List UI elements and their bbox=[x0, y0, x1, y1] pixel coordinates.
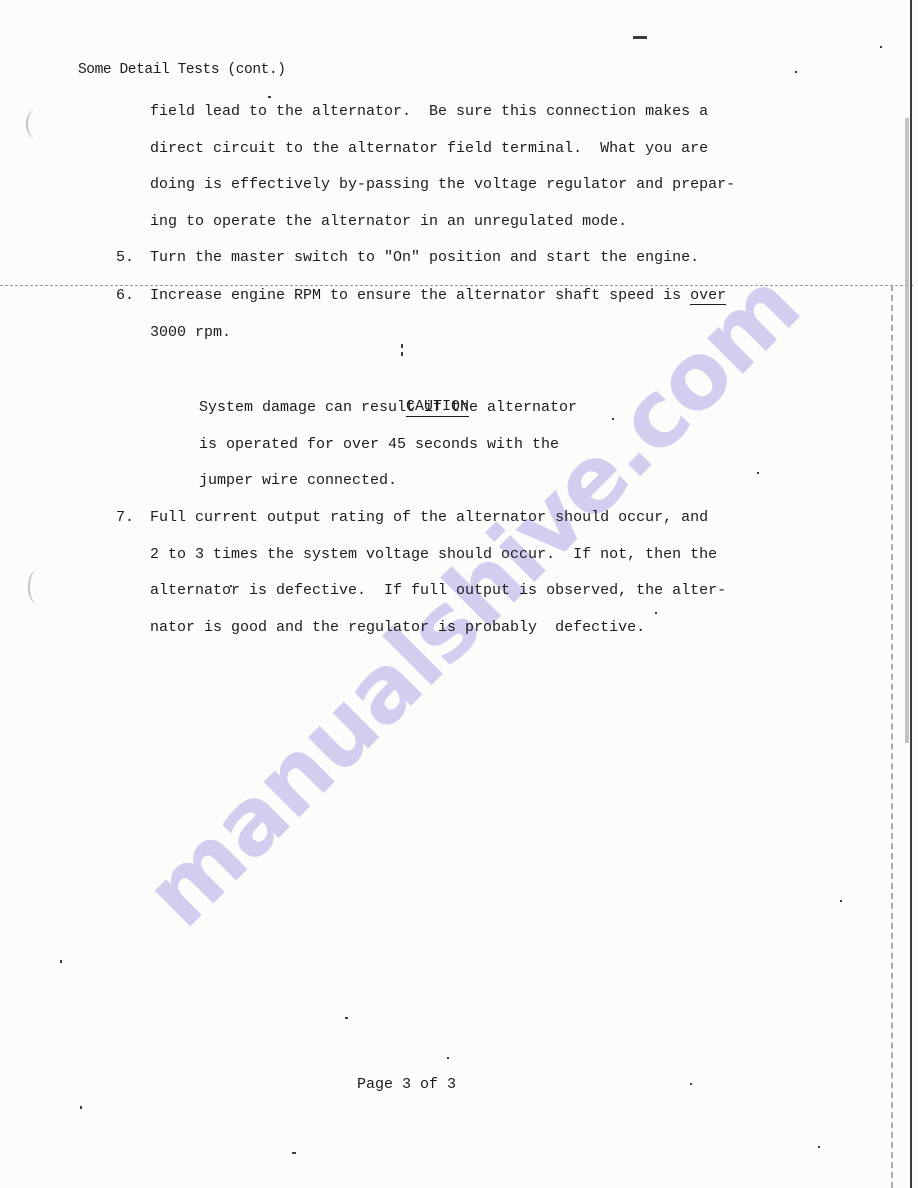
item-line: Increase engine RPM to ensure the altern… bbox=[150, 278, 726, 315]
intro-line: ing to operate the alternator in an unre… bbox=[150, 204, 735, 241]
item-line: nator is good and the regulator is proba… bbox=[150, 610, 726, 647]
scan-speck bbox=[60, 960, 62, 963]
scan-speck bbox=[818, 1146, 820, 1148]
item-number: 7. bbox=[116, 500, 134, 537]
list-item-7: 7. Full current output rating of the alt… bbox=[116, 500, 726, 646]
item-number: 5. bbox=[116, 240, 134, 277]
item-line: 2 to 3 times the system voltage should o… bbox=[150, 537, 726, 574]
scan-artifact-arc bbox=[26, 110, 44, 138]
caution-line: is operated for over 45 seconds with the bbox=[199, 427, 577, 464]
scan-edge-shadow bbox=[905, 118, 909, 743]
scan-edge-line bbox=[910, 0, 912, 1188]
intro-paragraph: field lead to the alternator. Be sure th… bbox=[150, 94, 735, 240]
item-number: 6. bbox=[116, 278, 134, 315]
scan-speck bbox=[633, 36, 647, 39]
intro-line: field lead to the alternator. Be sure th… bbox=[150, 94, 735, 131]
scan-speck bbox=[612, 418, 614, 420]
intro-line: direct circuit to the alternator field t… bbox=[150, 131, 735, 168]
scan-speck bbox=[880, 46, 882, 48]
page-number: Page 3 of 3 bbox=[357, 1067, 456, 1104]
intro-line: doing is effectively by-passing the volt… bbox=[150, 167, 735, 204]
scanned-document-page: manualshive.com Some Detail Tests (cont.… bbox=[0, 0, 918, 1188]
scan-edge-dashed-line bbox=[891, 285, 893, 1188]
scan-speck bbox=[690, 1083, 692, 1085]
scan-artifact-arc bbox=[28, 570, 46, 604]
scan-speck bbox=[447, 1057, 449, 1059]
scan-speck bbox=[757, 472, 759, 474]
page-header: Some Detail Tests (cont.) bbox=[78, 62, 286, 78]
caution-paragraph: System damage can result if the alternat… bbox=[199, 390, 577, 500]
caution-line: jumper wire connected. bbox=[199, 463, 577, 500]
scan-speck bbox=[840, 900, 842, 902]
scan-speck bbox=[345, 1017, 348, 1019]
scan-speck bbox=[292, 1152, 296, 1154]
item-line: alternator is defective. If full output … bbox=[150, 573, 726, 610]
underlined-word: over bbox=[690, 287, 726, 305]
list-item-5: 5. Turn the master switch to "On" positi… bbox=[116, 240, 699, 277]
scan-speck bbox=[795, 71, 797, 73]
caution-line: System damage can result if the alternat… bbox=[199, 390, 577, 427]
scan-speck bbox=[80, 1106, 82, 1109]
list-item-6: 6. Increase engine RPM to ensure the alt… bbox=[116, 278, 726, 351]
item-line: Full current output rating of the altern… bbox=[150, 500, 726, 537]
item-line: Turn the master switch to "On" position … bbox=[150, 240, 699, 277]
item-line: 3000 rpm. bbox=[150, 315, 726, 352]
